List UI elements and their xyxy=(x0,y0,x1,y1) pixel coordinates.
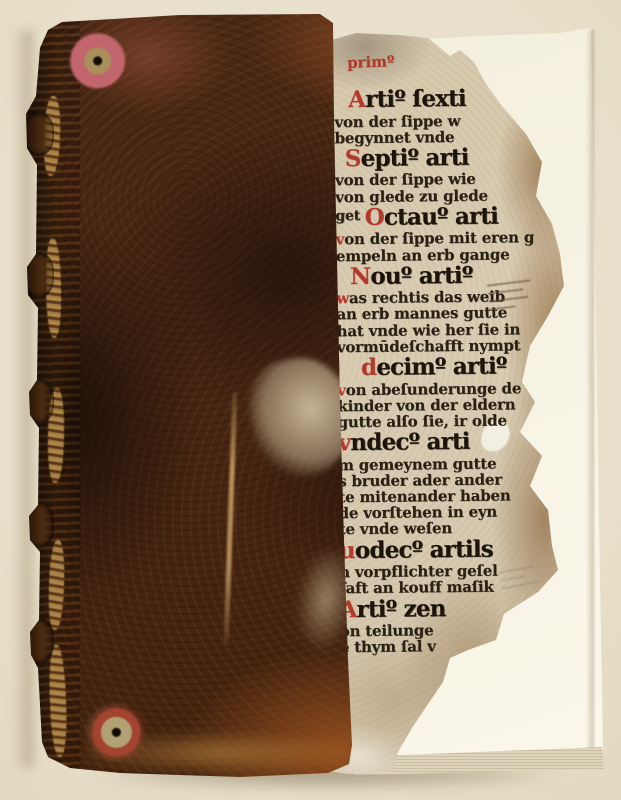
rubric-primus: primº xyxy=(347,53,395,71)
marginal-annotation xyxy=(486,273,534,316)
photo-scene: primº Artiº ſextivon der ſippe wbegynnet… xyxy=(0,0,621,800)
manuscript-line: decimº artiº xyxy=(337,353,571,382)
manuscript-line: vndecº arti xyxy=(338,428,572,457)
manuscript-line: get Octauº arti xyxy=(335,203,569,232)
manuscript-line: Artiº zen xyxy=(339,594,573,623)
leather-crack xyxy=(224,392,238,644)
manuscript-line: e thym ſal v xyxy=(340,637,574,656)
manuscript-line: uodecº artils xyxy=(339,535,573,564)
manuscript-line: Nouº artiº xyxy=(336,261,570,290)
manuscript-line: Artiº ſexti xyxy=(334,85,568,114)
page-fore-edge xyxy=(586,30,594,756)
manuscript-line: Septiº arti xyxy=(335,144,569,173)
